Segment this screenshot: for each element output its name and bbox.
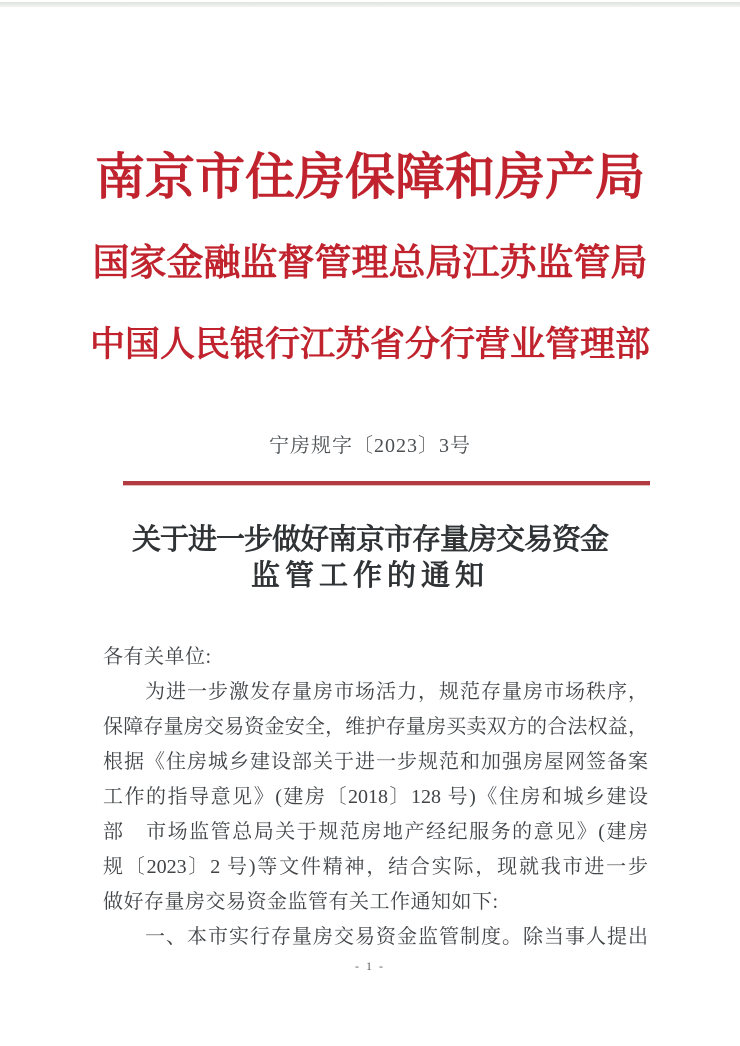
page-number: - 1 - bbox=[0, 959, 740, 974]
scanned-document-page: 南京市住房保障和房产局 国家金融监督管理总局江苏监管局 中国人民银行江苏省分行营… bbox=[0, 0, 740, 1046]
red-divider-rule bbox=[123, 481, 650, 485]
issuing-agency-3: 中国人民银行江苏省分行营业管理部 bbox=[0, 321, 740, 369]
body-text-line: 规〔2023〕2 号)等文件精神，结合实际，现就我市进一步 bbox=[103, 850, 648, 885]
document-reference-number: 宁房规字〔2023〕3号 bbox=[0, 433, 740, 459]
issuing-agency-1: 南京市住房保障和房产局 bbox=[0, 148, 740, 206]
document-title: 关于进一步做好南京市存量房交易资金 监管工作的通知 bbox=[0, 522, 740, 594]
document-body: 各有关单位: 为进一步激发存量房市场活力，规范存量房市场秩序， 保障存量房交易资… bbox=[0, 640, 648, 955]
salutation: 各有关单位: bbox=[103, 640, 648, 675]
body-text-line: 保障存量房交易资金安全，维护存量房买卖双方的合法权益， bbox=[103, 710, 648, 745]
body-text-line: 一、本市实行存量房交易资金监管制度。除当事人提出 bbox=[103, 920, 648, 955]
document-title-line-1: 关于进一步做好南京市存量房交易资金 bbox=[0, 522, 740, 558]
body-text-line: 为进一步激发存量房市场活力，规范存量房市场秩序， bbox=[103, 675, 648, 710]
scan-edge-artifact bbox=[0, 2, 740, 7]
body-text-line: 根据《住房城乡建设部关于进一步规范和加强房屋网签备案 bbox=[103, 745, 648, 780]
document-header: 南京市住房保障和房产局 国家金融监督管理总局江苏监管局 中国人民银行江苏省分行营… bbox=[0, 0, 740, 369]
document-title-line-2: 监管工作的通知 bbox=[0, 558, 740, 594]
body-text-line: 做好存量房交易资金监管有关工作通知如下: bbox=[103, 885, 648, 920]
body-text-line: 工作的指导意见》(建房〔2018〕128 号)《住房和城乡建设 bbox=[103, 780, 648, 815]
issuing-agency-2: 国家金融监督管理总局江苏监管局 bbox=[0, 239, 740, 289]
body-text-line: 部 市场监管总局关于规范房地产经纪服务的意见》(建房 bbox=[103, 815, 648, 850]
